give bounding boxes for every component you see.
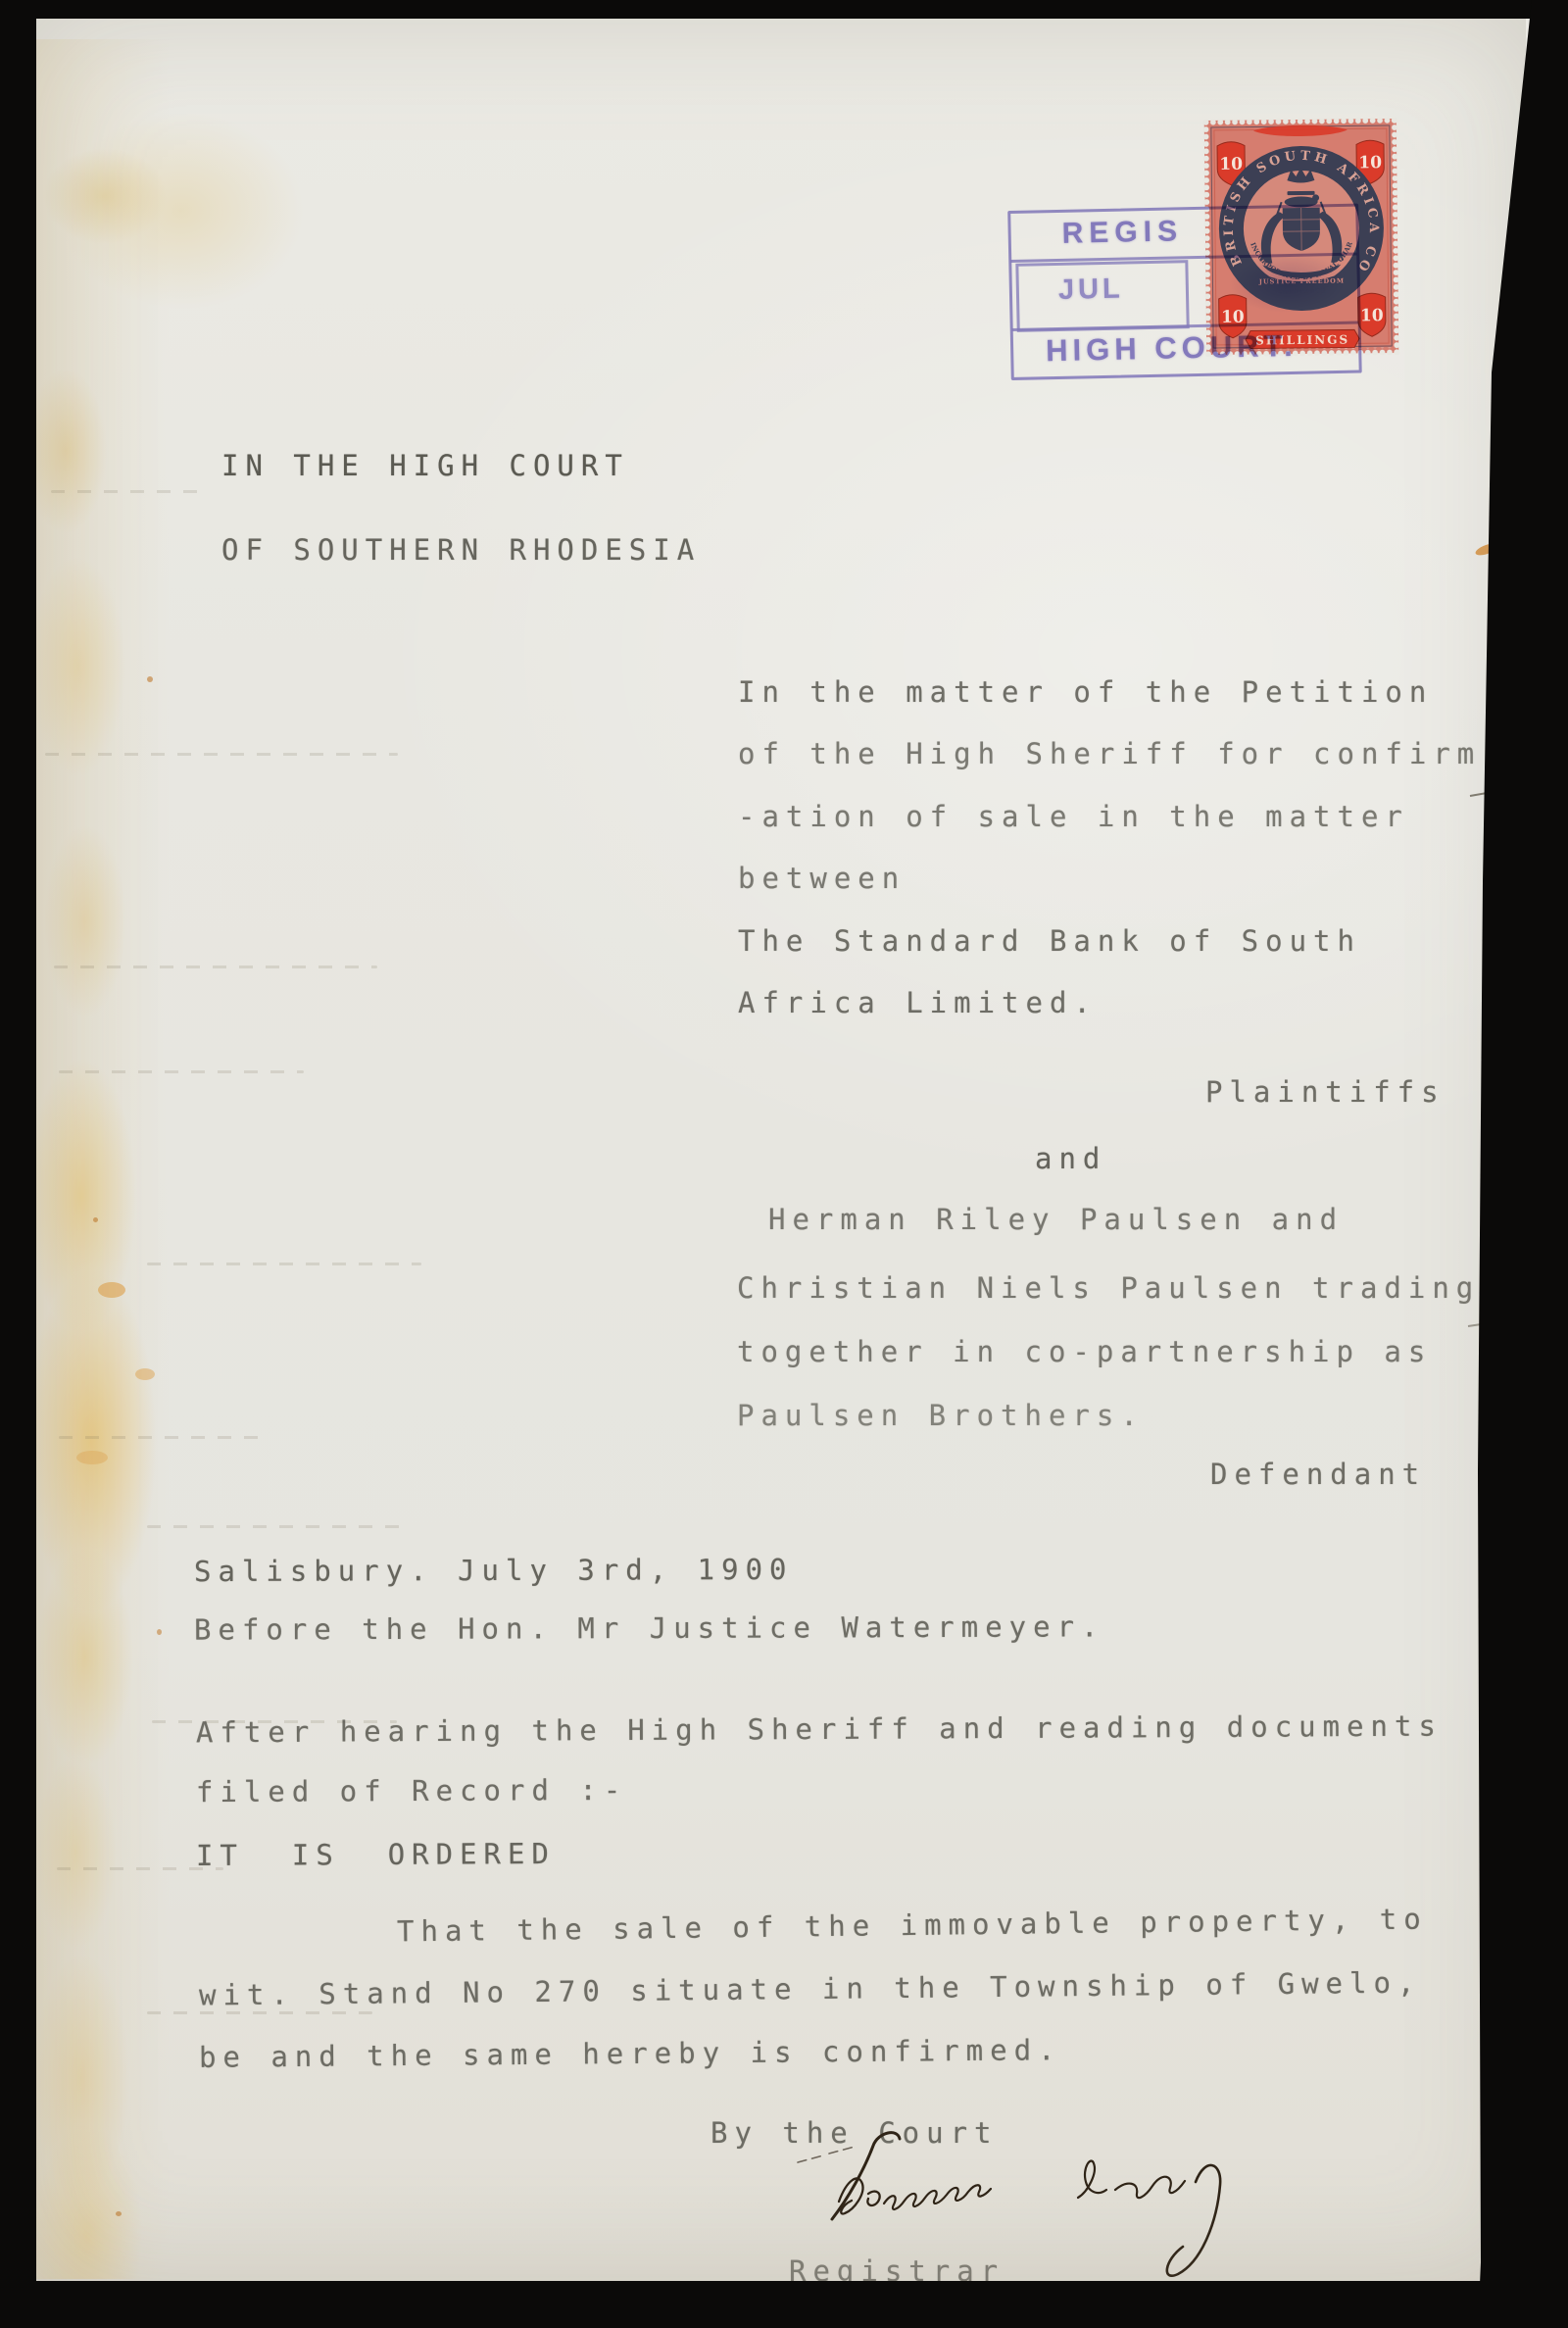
court-header-line2: OF SOUTHERN RHODESIA (221, 536, 701, 565)
place-date-line: Salisbury. July 3rd, 1900 (194, 1556, 794, 1586)
svg-text:10: 10 (1360, 306, 1384, 325)
order-body-line: be and the same hereby is confirmed. (199, 2036, 1062, 2072)
svg-text:10: 10 (1219, 155, 1243, 174)
respondent-line: together in co-partnership as (737, 1338, 1432, 1366)
bleed-through-mark (147, 1263, 421, 1265)
photo-border-top (0, 0, 1568, 19)
rust-speck (157, 1629, 162, 1635)
judge-line: Before the Hon. Mr Justice Watermeyer. (194, 1612, 1105, 1644)
bleed-through-mark (147, 2011, 372, 2014)
rust-speck (93, 1217, 98, 1222)
rust-speck (116, 2211, 122, 2216)
rust-speck (147, 676, 153, 682)
court-header-line1: IN THE HIGH COURT (221, 452, 629, 480)
and-label: and (1035, 1145, 1106, 1173)
photo-border-bottom (0, 2281, 1568, 2328)
stain-blob (76, 1451, 108, 1464)
respondent-line: Christian Niels Paulsen trading (737, 1274, 1480, 1303)
svg-text:10: 10 (1358, 153, 1382, 173)
bleed-through-mark (54, 966, 377, 968)
defendant-label: Defendant (1210, 1461, 1426, 1489)
respondent-line: Herman Riley Paulsen and (768, 1206, 1344, 1234)
respondent-line: Paulsen Brothers. (737, 1402, 1145, 1430)
value-shield-bottom-right: 10 (1358, 293, 1386, 336)
stain-blob (135, 1368, 155, 1380)
petition-line: The Standard Bank of South (738, 927, 1361, 956)
bleed-through-mark (147, 1525, 412, 1528)
hearing-line1: After hearing the High Sheriff and readi… (196, 1712, 1443, 1748)
petition-line: of the High Sheriff for confirm (738, 740, 1481, 768)
petition-line: Africa Limited. (738, 989, 1098, 1017)
petition-line: -ation of sale in the matter (738, 803, 1409, 831)
plaintiffs-label: Plaintiffs (1205, 1078, 1445, 1107)
photo-border-left (0, 0, 36, 2328)
bleed-through-mark (51, 490, 198, 493)
stain-blob (98, 1282, 125, 1298)
petition-line: In the matter of the Petition (738, 678, 1433, 707)
photographed-court-document: IN THE HIGH COURT OF SOUTHERN RHODESIA I… (0, 0, 1568, 2328)
ordered-line: IT IS ORDERED (196, 1840, 556, 1870)
petition-line: between (738, 865, 906, 893)
bleed-through-mark (59, 1070, 304, 1073)
rubber-stamp-row2: JUL (1058, 273, 1124, 307)
rubber-stamp-smudge (1229, 253, 1347, 314)
rubber-stamp-row3: HIGH COURT. (1046, 328, 1298, 369)
hearing-line2: filed of Record :- (196, 1776, 627, 1807)
rubber-stamp-row1: REGIS (1061, 215, 1183, 251)
high-court-rubber-stamp: REGIS JUL HIGH COURT. (1007, 204, 1362, 380)
bleed-through-mark (59, 1436, 265, 1439)
bleed-through-mark (45, 753, 398, 756)
